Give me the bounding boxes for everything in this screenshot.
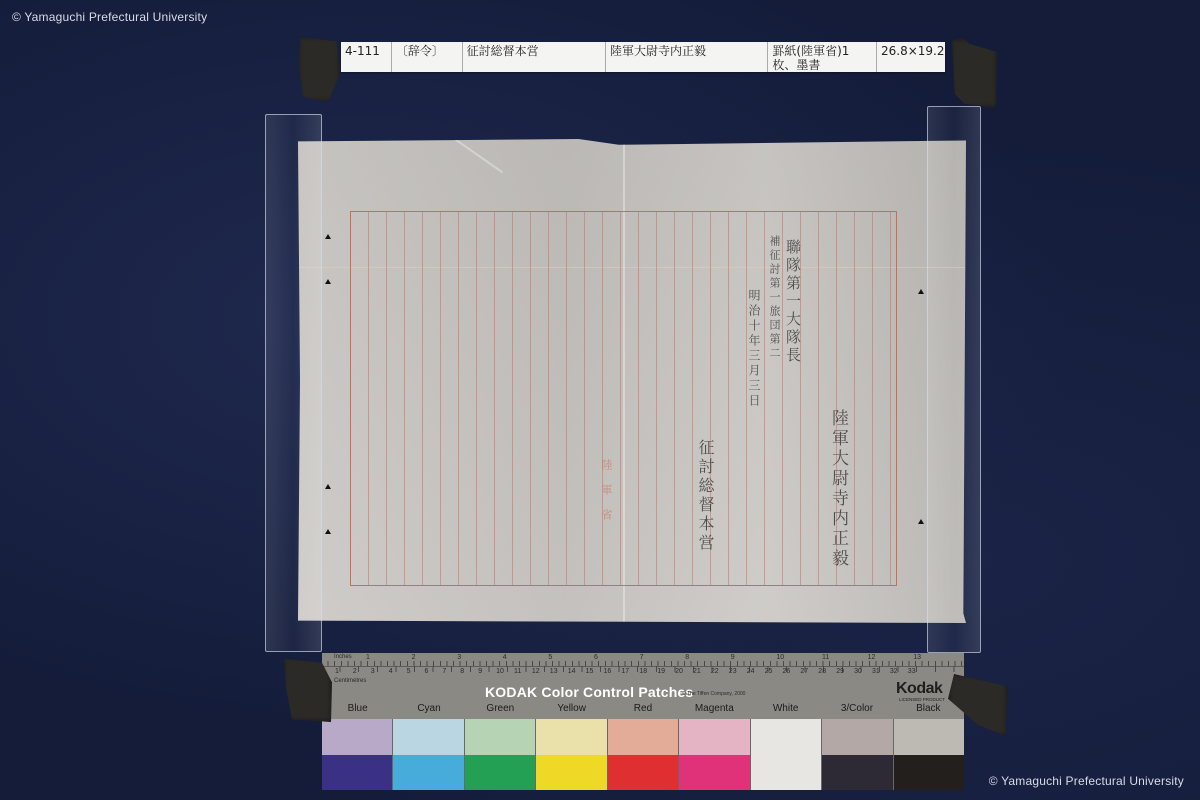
patch-dark [822,755,892,791]
patch-dark [751,755,821,791]
patch-column-white [751,719,822,790]
cm-tick-label: 24 [747,668,755,675]
inch-tick-label: 2 [412,654,416,661]
cm-tick-label: 21 [693,668,701,675]
cm-tick-label: 26 [783,668,791,675]
inch-tick-label: 11 [822,654,829,661]
copyright-credit-bottom: © Yamaguchi Prefectural University [989,774,1184,788]
patch-light [894,719,964,755]
patch-label: Black [893,703,964,714]
ruler-cm-label: Centimetres [334,678,366,684]
patch-column-cyan [393,719,464,790]
tape-top-right [950,38,998,108]
patch-column-green [465,719,536,790]
patch-dark [393,755,463,791]
cm-tick-label: 1 [335,668,339,675]
cm-tick-label: 27 [800,668,808,675]
cm-tick-label: 31 [872,668,880,675]
cm-tick-label: 19 [657,668,665,675]
patch-dark [322,755,392,791]
cm-tick-label: 5 [407,668,411,675]
cm-tick-label: 9 [478,668,482,675]
catalog-label: 4-111 〔辞令〕 征討総督本営 陸軍大尉寺内正毅 罫紙(陸軍省)1枚、墨書 … [341,42,945,72]
patch-light [536,719,606,755]
cm-tick-label: 18 [639,668,647,675]
patch-dark [536,755,606,791]
catalog-issuer: 征討総督本営 [463,42,606,72]
patch-dark [894,755,964,791]
cm-tick-label: 12 [532,668,540,675]
catalog-number: 4-111 [341,42,392,72]
kodak-logo: Kodak [896,680,942,698]
patch-light [465,719,535,755]
cm-tick-label: 13 [550,668,558,675]
patch-column-black [894,719,964,790]
acrylic-weight-right [927,106,981,653]
cm-tick-label: 23 [729,668,737,675]
cm-tick-label: 32 [890,668,898,675]
catalog-recipient: 陸軍大尉寺内正毅 [606,42,768,72]
patch-label: Magenta [679,703,750,714]
handwriting-line: 聯隊第一大隊長 [783,239,804,365]
historical-document: 補征討第一旅団第二 聯隊第一大隊長 明治十年三月三日 陸軍大尉寺内正毅 征討総督… [298,139,966,623]
patch-label: Blue [322,703,393,714]
patch-dark [465,755,535,791]
patch-light [608,719,678,755]
cm-tick-label: 14 [568,668,576,675]
patch-dark [679,755,749,791]
pin-marker [918,519,924,524]
inch-tick-label: 1 [366,654,370,661]
inch-tick-label: 7 [640,654,644,661]
patch-light [393,719,463,755]
cm-tick-label: 2 [353,668,357,675]
tape-top-left [297,36,341,102]
inch-tick-label: 13 [913,654,921,661]
inch-tick-label: 9 [731,654,735,661]
cm-tick-label: 25 [765,668,773,675]
catalog-type: 〔辞令〕 [392,42,463,72]
cm-tick-label: 20 [675,668,683,675]
cm-tick-label: 3 [371,668,375,675]
licensed-product-text: LICENSED PRODUCT [899,697,945,702]
handwriting-recipient: 陸軍大尉寺内正毅 [826,409,851,569]
cm-tick-label: 11 [514,668,521,675]
cm-tick-label: 7 [442,668,446,675]
patch-light [751,719,821,755]
cm-tick-label: 22 [711,668,719,675]
cm-tick-label: 6 [425,668,429,675]
patch-label: 3/Color [821,703,892,714]
patch-label: White [750,703,821,714]
patch-light [322,719,392,755]
inch-tick-label: 8 [685,654,689,661]
patch-labels: BlueCyanGreenYellowRedMagentaWhite3/Colo… [322,703,964,714]
catalog-size: 26.8×19.2 [877,42,945,72]
pin-marker [325,529,331,534]
ruler-inches-label: Inches [334,654,352,660]
inch-tick-label: 10 [776,654,784,661]
cm-tick-label: 17 [621,668,629,675]
pin-marker [325,279,331,284]
cm-tick-label: 10 [496,668,504,675]
patch-light [679,719,749,755]
chart-copyright: © The Tiffen Company, 2000 [682,691,745,697]
inch-tick-label: 12 [868,654,876,661]
catalog-material: 罫紙(陸軍省)1枚、墨書 [768,42,877,72]
patch-label: Cyan [393,703,464,714]
cm-tick-label: 33 [908,668,916,675]
inch-tick-label: 6 [594,654,598,661]
patch-column-red [608,719,679,790]
patch-column-blue [322,719,393,790]
color-patches [322,719,964,790]
patch-column-3-color [822,719,893,790]
patch-label: Green [465,703,536,714]
patch-column-yellow [536,719,607,790]
handwriting-date: 明治十年三月三日 [746,289,763,409]
handwriting-line: 補征討第一旅団第二 [766,235,782,361]
pin-marker [325,484,331,489]
cm-tick-label: 28 [818,668,826,675]
patch-label: Red [607,703,678,714]
crease-diagonal [453,137,503,173]
patch-column-magenta [679,719,750,790]
kodak-color-chart: Inches Centimetres 12345678910111213 123… [322,653,964,790]
cm-tick-label: 29 [836,668,844,675]
cm-tick-label: 30 [854,668,862,675]
copyright-credit-top: © Yamaguchi Prefectural University [12,10,207,24]
acrylic-weight-left [265,114,322,652]
handwriting-issuer: 征討総督本営 [694,439,717,553]
inch-tick-label: 4 [503,654,507,661]
inch-tick-label: 3 [457,654,461,661]
patch-label: Yellow [536,703,607,714]
pin-marker [918,289,924,294]
patch-dark [608,755,678,791]
inch-tick-label: 5 [548,654,552,661]
cm-tick-label: 16 [604,668,612,675]
patch-light [822,719,892,755]
cm-tick-label: 4 [389,668,393,675]
printed-seal-text: 陸軍省 [598,459,614,534]
pin-marker [325,234,331,239]
cm-tick-label: 8 [460,668,464,675]
cm-tick-label: 15 [586,668,594,675]
chart-title: KODAK Color Control Patches [485,684,693,700]
ruled-frame [350,211,897,586]
